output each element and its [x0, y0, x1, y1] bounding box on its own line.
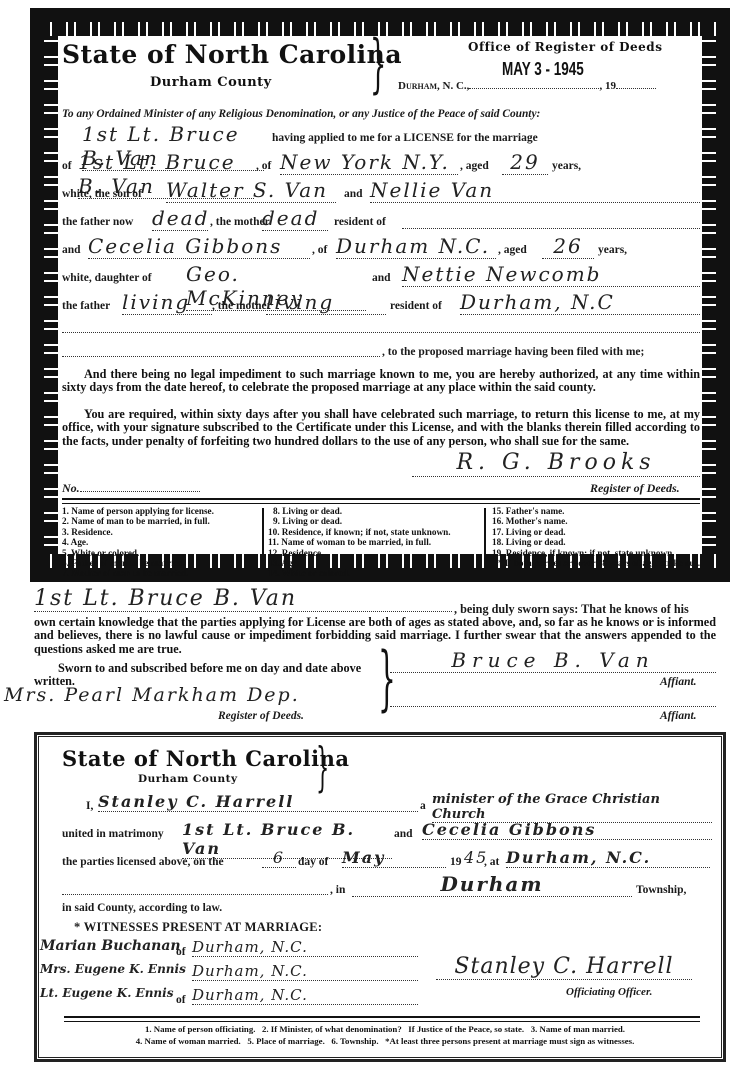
mother-label: , the mother	[210, 216, 270, 228]
blank-line-1	[62, 320, 700, 333]
footnote-3: 3. Residence.	[62, 527, 262, 537]
date-stamp: MAY 3 - 1945	[502, 59, 584, 80]
footnote-7: 7. Mother of man to be married.	[62, 568, 262, 578]
witness-of: of	[176, 946, 186, 958]
white-daughter-label: white, daughter of	[62, 272, 152, 284]
footnote-1: 1. Name of person applying for license.	[62, 506, 262, 516]
years13-label: years,	[598, 244, 627, 256]
certificate-brace: }	[316, 742, 329, 794]
affiant-name: 1st Lt. Bruce B. Van	[34, 586, 452, 612]
of12-label: , of	[312, 244, 327, 256]
footnotes-col3: 15. Father's name. 16. Mother's name. 17…	[492, 506, 702, 568]
aged13-label: , aged	[498, 244, 527, 256]
bride-residence: Durham N.C.	[336, 234, 496, 259]
witness-residence: Durham, N.C.	[192, 986, 418, 1005]
township-name: Durham	[352, 872, 632, 897]
and16-label: and	[372, 272, 391, 284]
consent-blank	[62, 342, 380, 357]
bride-age: 26	[542, 234, 594, 259]
of-label: of	[62, 160, 72, 172]
footnote-11: 11. Name of woman to be married, in full…	[268, 537, 478, 547]
certificate-state-title: State of North Carolina	[62, 746, 349, 771]
year-blank	[616, 88, 656, 89]
certificate-footnote-1: 1. Name of person officiating. 2. If Min…	[60, 1024, 710, 1034]
footnotes-col2: 8. Living or dead. 9. Living or dead. 10…	[268, 506, 478, 579]
and4-label: and	[394, 828, 413, 840]
day-of-label: day of	[298, 856, 328, 868]
groom-parent-status-line: the father now dead , the mother dead re…	[62, 204, 702, 230]
groom-father: Walter S. Van	[166, 178, 336, 203]
resident19-label: resident of	[390, 300, 442, 312]
resident-label: resident of	[334, 216, 386, 228]
number-label: No.	[62, 481, 200, 496]
groom-father-status: dead	[152, 206, 208, 231]
i-label: I,	[86, 800, 93, 812]
witnesses-heading: * WITNESSES PRESENT AT MARRIAGE:	[74, 920, 322, 935]
officer-signature: Stanley C. Harrell	[436, 954, 692, 980]
father17-label: the father	[62, 300, 110, 312]
applied-text: having applied to me for a LICENSE for t…	[272, 132, 538, 144]
white-son-label: white, the son of	[62, 188, 142, 200]
footnote-19: 19. Residence, if known; if not, state u…	[492, 548, 702, 558]
footnote-4: 4. Age.	[62, 537, 262, 547]
certificate-footnote-2: 4. Name of woman married. 5. Place of ma…	[60, 1036, 710, 1046]
footnote-5: 5. White or colored.	[62, 548, 262, 558]
of2-label: , of	[256, 160, 271, 172]
certificate-county: Durham County	[138, 773, 238, 785]
deputy-signature: Mrs. Pearl Markham Dep.	[4, 684, 384, 706]
authorization-paragraph: And there being no legal impediment to s…	[62, 368, 700, 395]
affiant-label-1: Affiant.	[660, 676, 697, 688]
a-label: a	[420, 800, 426, 812]
footnote-divider	[62, 498, 700, 504]
witness-row: Lt. Eugene K. Ennis of Durham, N.C.	[40, 986, 420, 1010]
certificate-footnote-divider	[64, 1016, 700, 1022]
footnote-14: 14. White or colored.	[268, 568, 478, 578]
bride-parents-residence: Durham, N.C	[460, 290, 700, 315]
affidavit-section: 1st Lt. Bruce B. Van , being duly sworn …	[0, 584, 750, 724]
and7-label: and	[344, 188, 363, 200]
and11-label: and	[62, 244, 81, 256]
applicant-line: 1st Lt. Bruce B. Van having applied to m…	[62, 120, 702, 146]
witness-residence: Durham, N.C.	[192, 962, 418, 981]
footnote-12: 12. Residence.	[268, 548, 478, 558]
register-label: Register of Deeds.	[590, 481, 680, 496]
city-label: Durham, N. C.,, 19	[398, 80, 656, 92]
groom-mother-status: dead	[262, 206, 328, 231]
woman-married: Cecelia Gibbons	[422, 820, 712, 840]
groom-mother: Nellie Van	[370, 178, 700, 203]
year-label: , 19	[599, 80, 616, 92]
groom-parents-residence	[402, 206, 700, 229]
witness-list: Marian Buchanan of Durham, N.C. Mrs. Eug…	[40, 938, 420, 1010]
footnote-col-divider-1	[262, 508, 264, 578]
footnote-15: 15. Father's name.	[492, 506, 702, 516]
footnote-16: 16. Mother's name.	[492, 516, 702, 526]
county-law-text: in said County, according to law.	[62, 902, 222, 914]
footnote-6: 6. Father of man to be married.	[62, 558, 262, 568]
witness-row: Mrs. Eugene K. Ennis Durham, N.C.	[40, 962, 420, 986]
date-place-line: the parties licensed above, on the 6 day…	[62, 844, 710, 870]
township-prefix-blank	[62, 876, 328, 895]
officiant-line: I, Stanley C. Harrell a minister of the …	[62, 788, 710, 814]
license-county: Durham County	[150, 75, 272, 90]
bride-name: Cecelia Gibbons	[88, 234, 310, 259]
affiant-signature: Bruce B. Van	[390, 648, 716, 673]
witness-name: Lt. Eugene K. Ennis	[40, 986, 173, 1000]
affiant-blank-2	[390, 692, 716, 707]
bride-mother: Nettie Newcomb	[402, 262, 700, 287]
footnote-13: 13. Age.	[268, 558, 478, 568]
marriage-month: May	[342, 848, 446, 868]
witness-name: Mrs. Eugene K. Ennis	[40, 962, 186, 976]
married-parties-line: united in matrimony 1st Lt. Bruce B. Van…	[62, 816, 710, 842]
officiant-name: Stanley C. Harrell	[98, 792, 418, 812]
date-blank	[469, 88, 599, 89]
return-paragraph: You are required, within sixty days afte…	[62, 408, 700, 448]
consent-line: , to the proposed marriage having been f…	[62, 342, 702, 364]
footnote-2: 2. Name of man to be married, in full.	[62, 516, 262, 526]
witness-residence: Durham, N.C.	[192, 938, 418, 957]
marriage-day: 6	[262, 848, 296, 868]
no-text: No.	[62, 481, 80, 495]
bride-line: and Cecelia Gibbons , of Durham N.C. , a…	[62, 232, 702, 258]
register-signature: R. G. Brooks	[412, 450, 700, 477]
witness-of: of	[176, 994, 186, 1006]
at-label: , at	[484, 856, 499, 868]
township-label: Township,	[636, 884, 686, 896]
bride-parents-line: white, daughter of Geo. McKinney and Net…	[62, 260, 702, 286]
footnote-9: 9. Living or dead.	[268, 516, 478, 526]
header-brace: }	[370, 32, 386, 96]
witness-name: Marian Buchanan	[40, 938, 181, 954]
groom-residence: New York N.Y.	[280, 150, 458, 175]
groom-parents-line: white, the son of Walter S. Van and Nell…	[62, 176, 702, 202]
bride-parent-status-line: the father living , the mother living re…	[62, 288, 702, 314]
consent-text: , to the proposed marriage having been f…	[382, 346, 644, 358]
parties-label: the parties licensed above, on the	[62, 856, 224, 868]
in-label: , in	[330, 884, 345, 896]
years-label: years,	[552, 160, 581, 172]
city-text: Durham, N. C.,	[398, 80, 469, 92]
footnote-18: 18. Living or dead.	[492, 537, 702, 547]
united-label: united in matrimony	[62, 828, 164, 840]
affiant-label-2: Affiant.	[660, 710, 697, 722]
marriage-place: Durham, N.C.	[506, 848, 710, 868]
groom-line: of 1st Lt. Bruce B. Van , of New York N.…	[62, 148, 702, 174]
witness-row: Marian Buchanan of Durham, N.C.	[40, 938, 420, 962]
bride-father-status: living	[122, 290, 212, 315]
footnotes-col1: 1. Name of person applying for license. …	[62, 506, 262, 579]
deputy-register-label: Register of Deeds.	[218, 710, 304, 722]
salutation: To any Ordained Minister of any Religiou…	[62, 108, 540, 120]
license-state-title: State of North Carolina	[62, 40, 402, 69]
year-prefix: 19	[450, 856, 462, 868]
father-now-label: the father now	[62, 216, 133, 228]
office-heading: Office of Register of Deeds	[468, 40, 662, 54]
mother18-label: , the mother	[212, 300, 272, 312]
bride-mother-status: living	[266, 290, 386, 315]
number-blank	[80, 491, 200, 492]
footnote-17: 17. Living or dead.	[492, 527, 702, 537]
groom-age: 29	[502, 150, 548, 175]
footnote-col-divider-2	[484, 508, 486, 578]
township-line: , in Durham Township,	[62, 872, 710, 898]
aged-label: , aged	[460, 160, 489, 172]
footnote-age-note: * If both parties are over 18 years of a…	[492, 558, 702, 568]
officer-label: Officiating Officer.	[566, 986, 652, 998]
footnote-8: 8. Living or dead.	[268, 506, 478, 516]
footnote-10: 10. Residence, if known; if not, state u…	[268, 527, 478, 537]
